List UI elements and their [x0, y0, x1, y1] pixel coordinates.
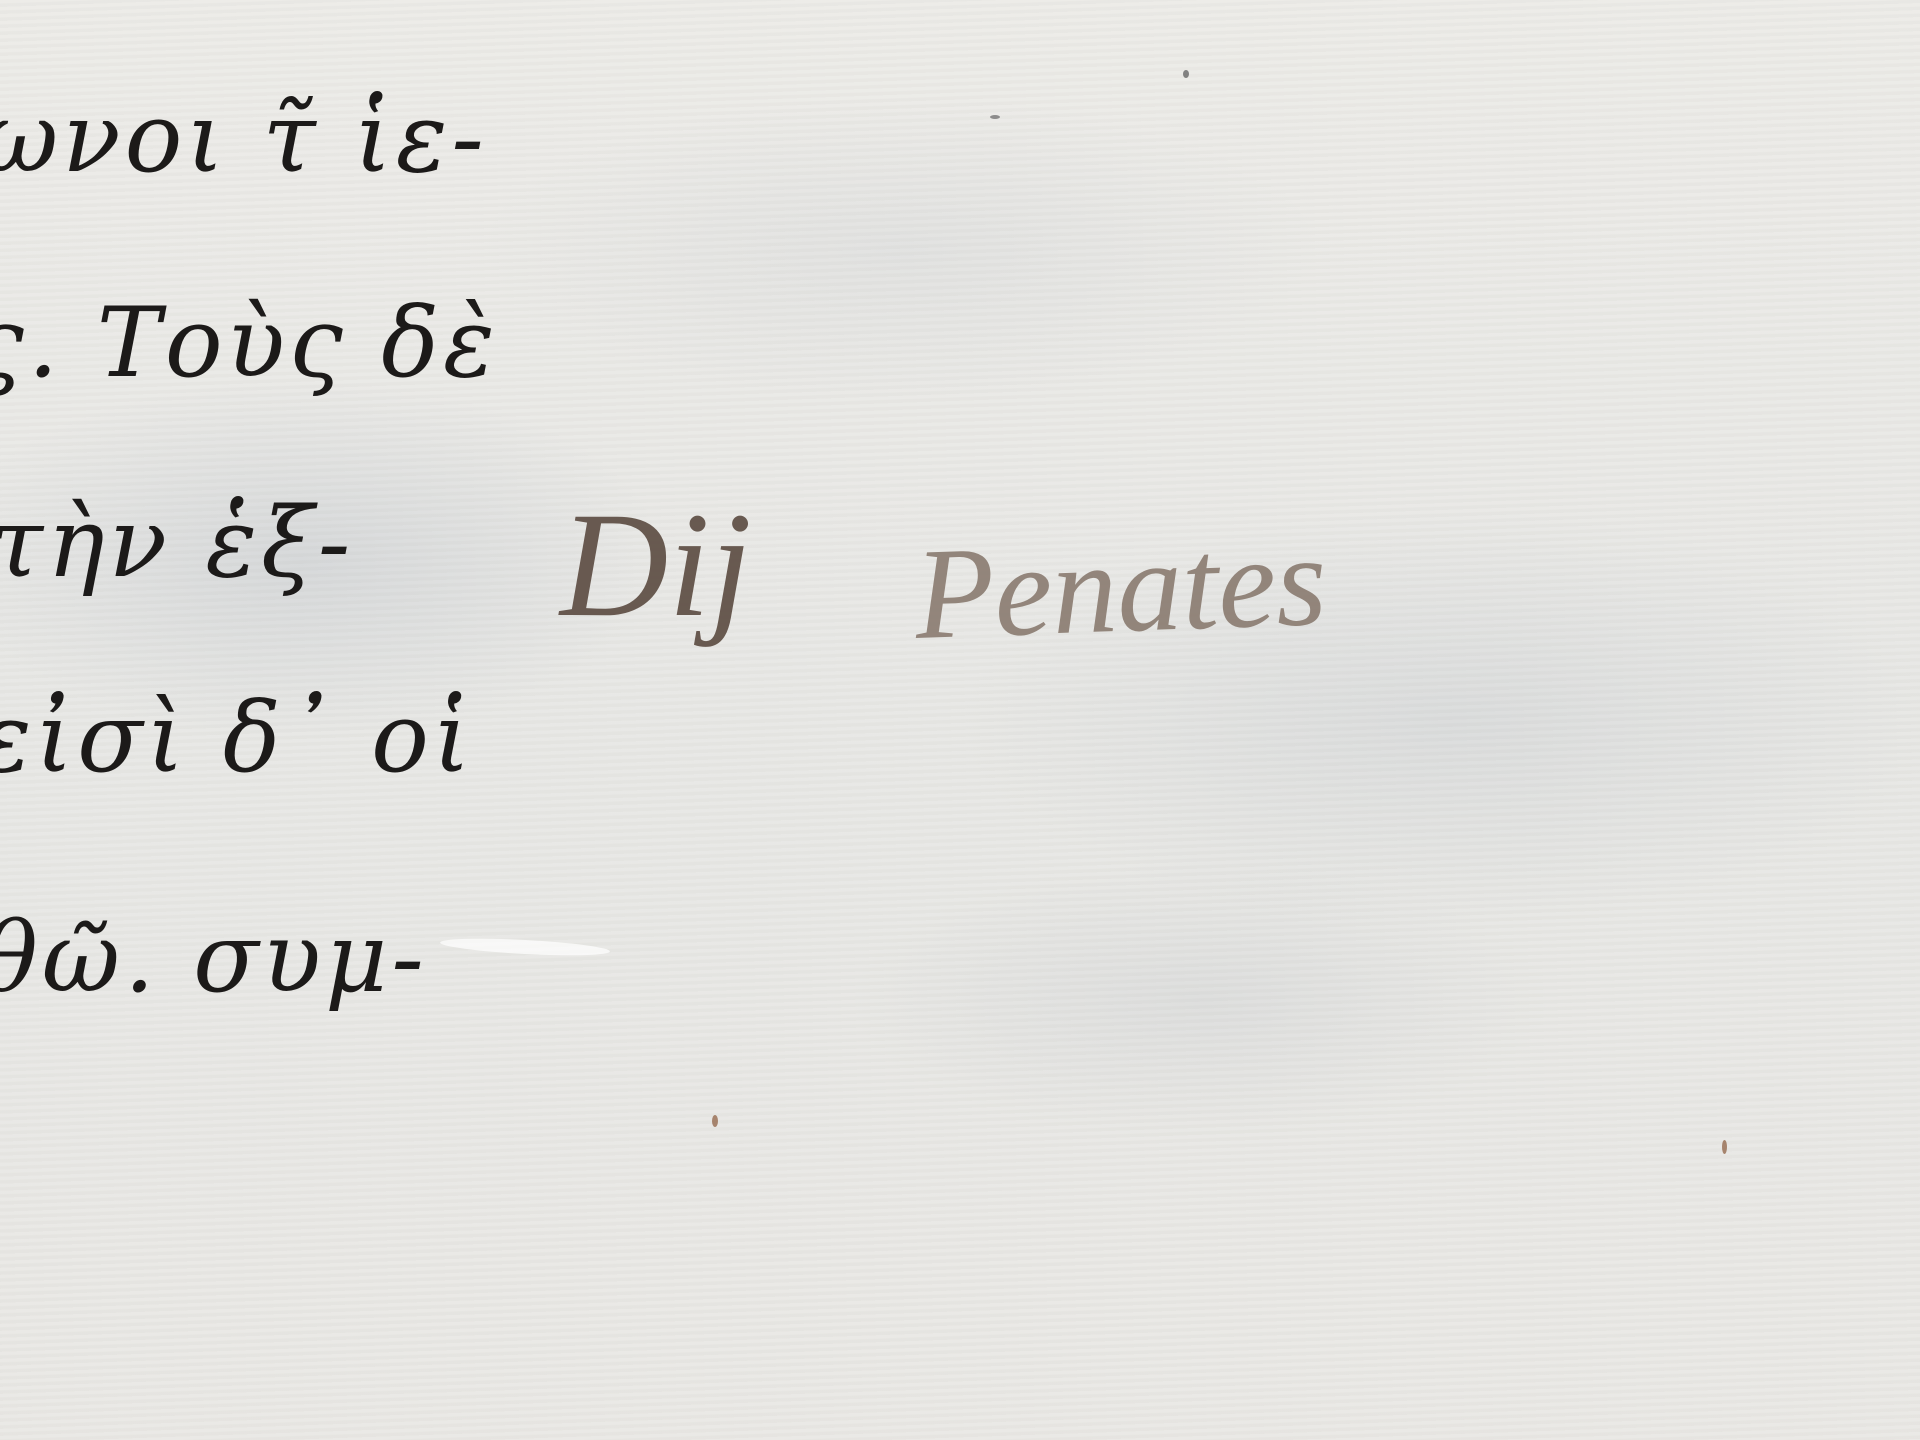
paper-speck [1722, 1140, 1727, 1154]
note-word-dij: Dij [560, 490, 752, 640]
greek-line-1: ωνοι τ̃ ἱε- [0, 90, 488, 186]
greek-line-4: εἰσὶ δ᾽ οἱ [0, 690, 475, 786]
paper-speck [1183, 70, 1189, 78]
note-word-penates: Penates [913, 516, 1329, 660]
greek-line-3: τὴν ἑξ- [0, 495, 354, 591]
greek-line-2: ς. Τοὺς δὲ [0, 295, 499, 391]
paper-speck [990, 115, 1000, 119]
paper-speck [712, 1115, 718, 1127]
greek-line-5: θῶ. συμ- [0, 910, 428, 1006]
